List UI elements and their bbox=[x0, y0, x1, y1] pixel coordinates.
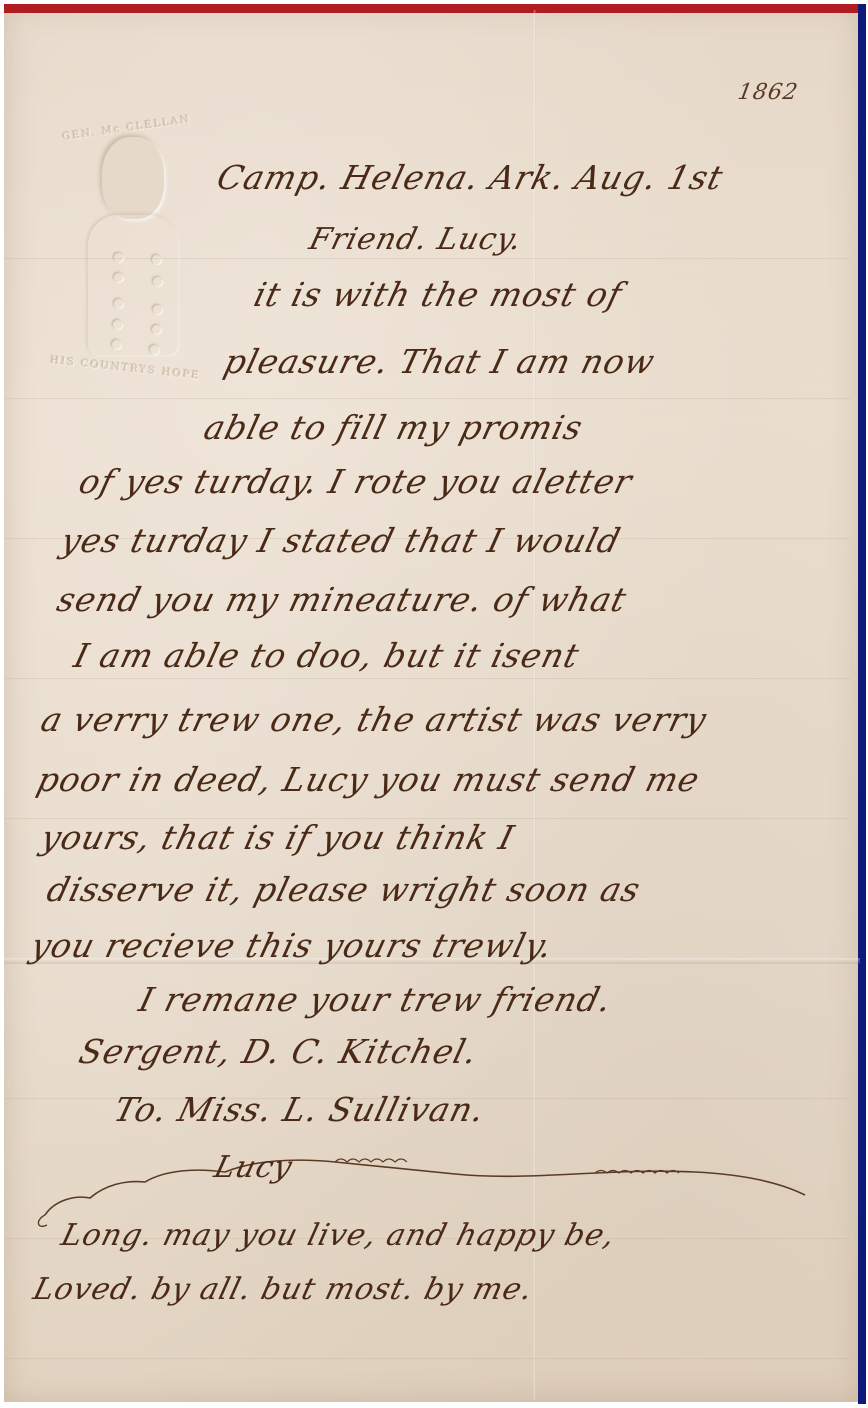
ruled-line bbox=[4, 1358, 850, 1359]
letter-closing: I remane your trew friend. bbox=[135, 980, 616, 1019]
portrait-coat-icon bbox=[88, 215, 178, 355]
letter-salutation: Friend. Lucy. bbox=[306, 222, 526, 257]
portrait-head-icon bbox=[102, 137, 164, 219]
letter-year: 1862 bbox=[736, 80, 800, 105]
coat-button-icon bbox=[114, 273, 123, 282]
body-line: I am able to doo, but it isent bbox=[70, 636, 584, 675]
coat-button-icon bbox=[114, 253, 123, 262]
coat-button-icon bbox=[113, 320, 122, 329]
body-line: yours, that is if you think I bbox=[37, 818, 518, 857]
letter-signature: Sergent, D. C. Kitchel. bbox=[75, 1032, 482, 1071]
ruled-line bbox=[4, 678, 850, 679]
coat-button-icon bbox=[112, 340, 121, 349]
body-line: disserve it, please wright soon as bbox=[43, 870, 645, 909]
body-line: yes turday I stated that I would bbox=[57, 521, 625, 560]
verse-line: Long. may you live, and happy be, bbox=[58, 1218, 620, 1253]
embossed-portrait: GEN. Mc CLELLAN HIS COUNTRYS HOPE bbox=[40, 115, 210, 385]
coat-button-icon bbox=[153, 277, 162, 286]
body-line: of yes turday. I rote you aletter bbox=[75, 462, 637, 501]
red-top-border bbox=[4, 4, 860, 13]
coat-button-icon bbox=[150, 345, 159, 354]
coat-button-icon bbox=[153, 305, 162, 314]
body-line: it is with the most of bbox=[250, 275, 626, 314]
ruled-line bbox=[4, 398, 850, 399]
letter-addressee: To. Miss. L. Sullivan. bbox=[110, 1090, 489, 1129]
coat-button-icon bbox=[114, 299, 123, 308]
letter-heading: Camp. Helena. Ark. Aug. 1st bbox=[213, 158, 727, 197]
emboss-bottom-text: HIS COUNTRYS HOPE bbox=[50, 355, 202, 382]
body-line: poor in deed, Lucy you must send me bbox=[33, 760, 704, 799]
body-line: able to fill my promis bbox=[200, 408, 587, 447]
body-line: a verry trew one, the artist was verry bbox=[37, 700, 711, 739]
verse-line: Loved. by all. but most. by me. bbox=[30, 1272, 537, 1307]
blue-right-border bbox=[858, 4, 866, 1404]
coat-button-icon bbox=[152, 255, 161, 264]
verse-title: Lucy bbox=[211, 1150, 297, 1185]
body-line: send you my mineature. of what bbox=[53, 580, 631, 619]
coat-button-icon bbox=[152, 325, 161, 334]
body-line: you recieve this yours trewly. bbox=[27, 926, 557, 965]
scroll-flourish-icon bbox=[35, 1140, 825, 1230]
body-line: pleasure. That I am now bbox=[220, 342, 659, 381]
